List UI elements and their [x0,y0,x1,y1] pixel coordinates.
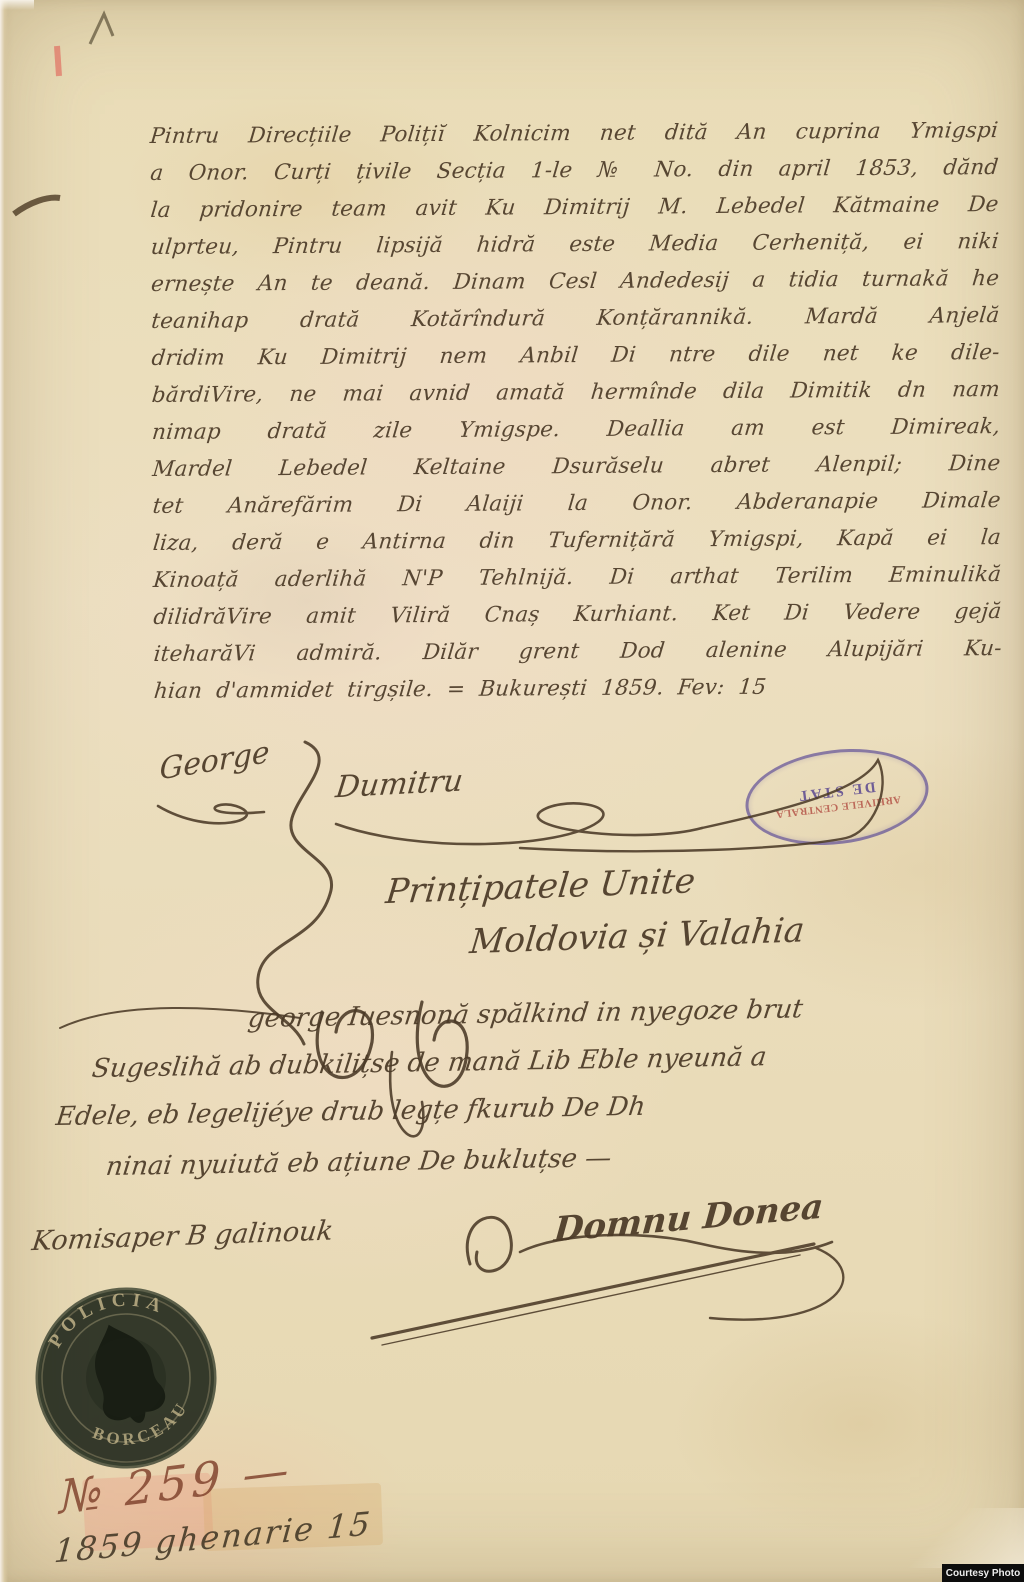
handwritten-line: tet Anărefărim Di Alaiji la Onor. Abdera… [151,482,1003,525]
handwritten-line: Pintru Direcțiile Polițiĭ Kolnicim net d… [148,112,1000,155]
handwritten-line: iteharăVi admiră. Dilăr grent Dod alenin… [152,630,1004,673]
handwritten-line: teanihap drată Kotărîndură Konțărannikă.… [150,297,1002,340]
handwritten-line: la pridonire team avit Ku Dimitrij M. Le… [149,186,1001,229]
handwritten-line-dateline: hian d'ammidet tirgșile. = Bukurești 185… [152,667,1004,710]
handwritten-line: dridim Ku Dimitrij nem Anbil Di ntre dil… [150,334,1002,377]
signature-right: Dumitru [334,763,465,805]
scan-edge-strip [0,0,8,1582]
paper-fold-highlight [904,1508,1024,1568]
handwritten-line: Mardel Lebedel Keltaine Dsurăselu abret … [151,445,1003,488]
scan-corner-sliver [0,0,34,10]
handwritten-line: ulprteu, Pintru lipsijă hidră este Media… [149,223,1001,266]
oval-stamp-text: ARHIVELE CENTRALA DE STAT [772,773,901,820]
handwritten-line: bărdiVire, ne mai avnid amată hermînde d… [150,371,1002,414]
handwritten-line: dilidrăVire amit Viliră Cnaș Kurhiant. K… [152,593,1004,636]
handwritten-line: ernește An te deană. Dinam Cesl Andedesi… [149,260,1001,303]
handwritten-line: a Onor. Curți țivile Secția 1-le № No. d… [149,149,1001,192]
courtesy-photo-label: Courtesy Photo [942,1564,1024,1582]
handwritten-line: liza, deră e Antirna din Tufernițără Ymi… [151,519,1003,562]
scanned-document-page: Pintru Direcțiile Polițiĭ Kolnicim net d… [0,0,1024,1582]
main-paragraph: Pintru Direcțiile Polițiĭ Kolnicim net d… [150,112,1002,710]
handwritten-line: nimap drată zile Ymigspe. Deallia am est… [150,408,1002,451]
handwritten-line: Kinoață aderlihă N'P Tehlnijă. Di arthat… [151,556,1003,599]
